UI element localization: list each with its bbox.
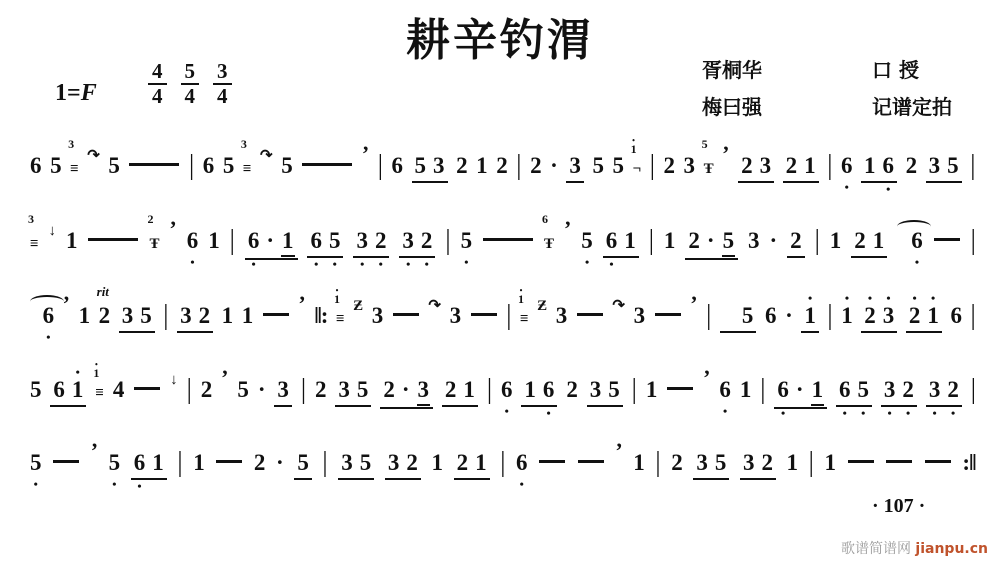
note: 2 [199,303,211,329]
beam-group: 35 [335,377,371,407]
duration-dash [87,230,139,248]
augmentation-dot: · [707,228,715,254]
octave-dot-below: • [845,181,849,193]
note: 2 [663,153,675,179]
note: 3 [696,450,708,476]
time-sig-numerator: 3 [213,60,232,85]
augmentation-dot: · [258,377,266,403]
ornament-number: 3 [68,138,74,150]
duration-dash [577,452,605,470]
beam-group: 5 [722,228,736,257]
note: 6 [203,153,215,179]
note: 2 [315,377,327,403]
ornament-number: 3 [241,138,247,150]
note: 1• [72,377,84,403]
ornament-slide-icon: 5Ŧ [704,153,714,179]
score-line: 561•1≡4↓|2’5·3|2352·321|6•16•235|1’6•1|6… [30,374,976,434]
note: 2 [741,153,753,179]
note: 2 [406,450,418,476]
note: 3 [433,153,445,179]
note: 5 [947,153,959,179]
key-tonic: F [81,80,97,106]
ornament-trill-icon: 3≡ [70,153,79,179]
note: 2 [566,377,578,403]
breath-mark: ’ [298,291,305,317]
beam-group: 1• [801,303,819,333]
note: 6• [310,228,322,254]
ornament-slide-icon: 2Ŧ [149,228,159,254]
octave-dot-below: • [609,258,613,270]
barline: | [809,446,814,479]
octave-dot-below: • [505,405,509,417]
note: 2• [375,228,387,254]
octave-dot-below: • [585,256,589,268]
barline: | [827,299,832,332]
breath-mark: ’ [221,365,228,391]
barline: | [516,149,521,182]
sheet-music-page: 耕辛钓渭 胥桐华 口 授 梅曰强 记谱定拍 1=F 445434 653≡↷5|… [0,0,1000,571]
breath-mark: ’ [722,141,729,167]
ornament-number: 6 [542,213,548,225]
duration-dash [885,452,913,470]
note: 1• [804,303,816,329]
beam-group: 1 [811,377,825,406]
barline: | [650,149,655,182]
repeat-end-sign: :‖ [962,450,975,476]
barline: | [378,149,383,182]
note: 5• [581,228,593,254]
beam-group: 53 [412,153,448,183]
note: 6 [391,153,403,179]
barline: | [230,224,235,257]
note: 2 [254,450,266,476]
note: 3 [929,153,941,179]
octave-dot-below: • [251,258,255,270]
note: 1 [222,303,234,329]
barline: | [506,299,511,332]
watermark-url-link[interactable]: jianpu.cn [915,541,988,557]
octave-dot-below: • [46,331,50,343]
duration-dash [52,452,80,470]
breath-mark: ’ [564,216,571,242]
note: 2• [947,377,959,403]
note: 1 [804,153,816,179]
note: rit2 [99,303,111,329]
beam-group: 35 [587,377,623,407]
barline: | [971,373,976,406]
ornament-trill-icon: 3≡ [30,228,39,254]
note: 3 [743,450,755,476]
time-sig-numerator: 4 [148,60,167,85]
breath-mark: ’ [362,141,369,167]
beam-group: 3•2• [926,377,962,407]
octave-dot-above: • [868,292,872,304]
beam-group: 2·3 [380,377,433,409]
ornament-curl-icon: ↷ [612,290,625,316]
key-signature: 1=F [55,80,97,107]
duration-dash [215,452,243,470]
note: 1 [524,377,536,403]
note: 1 [664,228,676,254]
beam-group: 21 [851,228,887,258]
note: 1 [242,303,254,329]
ornament-number: 3 [28,213,34,225]
ornament-down-arrow-icon: ↓ [49,215,57,241]
octave-dot-below: • [520,478,524,490]
octave-dot-below: • [379,258,383,270]
note: 6• [841,153,853,179]
beam-group: 3 [417,377,431,406]
note: 1 [873,228,885,254]
note: 6 [53,377,65,403]
beam-group: 3•2• [353,228,389,258]
note: 3 [341,450,353,476]
duration-dash [924,452,952,470]
barline: | [815,224,820,257]
beam-group: 6•5• [307,228,343,258]
note: 5• [109,450,121,476]
octave-dot-below: • [843,407,847,419]
note: 5 [592,153,604,179]
beam-group: 21 [442,377,478,407]
note: 2 [761,450,773,476]
ornament-trill-icon: 1≡ [336,303,345,329]
barline: | [632,373,637,406]
note: 6 [30,153,42,179]
ornament-vibrato-icon: Ƶ [353,290,363,316]
octave-dot-below: • [861,407,865,419]
ornament-trill-icon: 3≡ [243,153,252,179]
beam-group: 35 [926,153,962,183]
note: 1 [624,228,636,254]
note: 5• [30,450,42,476]
credit-name-1: 胥桐华 [702,54,762,83]
note: 2 [445,377,457,403]
octave-dot-below: • [112,478,116,490]
ornament-number: 5 [702,138,708,150]
ornament-number: 1 [631,138,637,155]
beam-group: 5 [294,450,312,480]
barline: | [322,446,327,479]
beam-group: 35 [119,303,155,333]
note: 3 [748,228,760,254]
octave-dot-below: • [464,256,468,268]
note: 3• [884,377,896,403]
augmentation-dot: · [796,377,804,403]
beam-group: 6•·1 [245,228,298,260]
octave-dot-below: • [137,480,141,492]
note: 6• [839,377,851,403]
beam-group: 32 [177,303,213,333]
ornament-trill-icon: 1≡ [95,377,104,403]
note: 3• [883,303,895,329]
octave-dot-below: • [888,407,892,419]
note: 2• [909,303,921,329]
duration-dash [482,230,534,248]
note: 6• [248,228,260,254]
note: 5 [30,377,42,403]
note: 5 [281,153,293,179]
note: 6 [950,303,962,329]
note: 2• [421,228,433,254]
note: 3 [569,153,581,179]
note: 2 [530,153,542,179]
note: 2 [383,377,395,403]
ornament-slide-icon: 6Ŧ [544,228,554,254]
watermark-site-name: 歌谱简谱网 [841,541,911,557]
barline: | [163,299,168,332]
barline: | [970,149,975,182]
beam-group: 6•1 [131,450,167,480]
beam-group: 21 [783,153,819,183]
octave-dot-below: • [34,478,38,490]
note: 2 [790,228,802,254]
note: 3• [929,377,941,403]
beam-group: 5 [720,303,757,333]
ornament-trill-icon: 1≡ [520,303,529,329]
note: 5 [715,450,727,476]
note: 1 [812,377,824,403]
barline: | [827,149,832,182]
duration-dash [128,155,180,173]
note: 6• [719,377,731,403]
note: 3 [122,303,134,329]
note: 1 [193,450,205,476]
ornament-number: 1 [518,288,524,305]
beam-group: 21 [454,450,490,480]
octave-dot-above: • [808,292,812,304]
note: 5 [223,153,235,179]
note: 3 [418,377,430,403]
augmentation-dot: · [402,377,410,403]
note: 3 [450,303,462,329]
beam-group: 32 [385,450,421,480]
note: 2 [688,228,700,254]
beam-group: 35 [693,450,729,480]
note: 5 [742,303,754,329]
note: 1 [864,153,876,179]
page-number: · 107 · [872,495,925,518]
beam-group: 35 [338,450,374,480]
ornament-number: 1 [93,362,99,379]
note: 1 [208,228,220,254]
augmentation-dot: · [276,450,284,476]
barline: | [189,149,194,182]
barline: | [760,373,765,406]
octave-dot-below: • [425,258,429,270]
note: 3 [634,303,646,329]
note: 5 [108,153,120,179]
note: 5 [50,153,62,179]
duration-dash [133,379,161,397]
augmentation-dot: · [266,228,274,254]
octave-dot-above: • [886,292,890,304]
beam-group: 3•2• [399,228,435,258]
score-line: 3≡↓12Ŧ’6•1|6•·16•5•3•2•3•2•|5•6Ŧ’5•6•1|1… [30,225,976,285]
barline: | [971,224,976,257]
note: 5• [329,228,341,254]
breath-mark: ’ [169,216,176,242]
note: 3 [338,377,350,403]
octave-dot-above: • [913,292,917,304]
octave-dot-above: • [76,366,80,378]
note: 6• [543,377,555,403]
duration-dash [654,305,682,323]
note: 1 [475,450,487,476]
time-sig-denominator: 4 [181,85,200,107]
duration-dash [666,379,694,397]
note: 1 [431,450,443,476]
note: 2 [906,153,918,179]
note: 2 [496,153,508,179]
augmentation-dot: · [770,228,778,254]
note: 3 [277,377,289,403]
beam-group: 6•5• [836,377,872,407]
score-line: 6•’1rit235|3211’‖:1≡Ƶ3↷3|1≡Ƶ3↷3’|56·1•|1… [30,300,976,360]
note: 6• [516,450,528,476]
breath-mark: ’ [690,291,697,317]
beam-group: 6•·1 [774,377,827,409]
note: 3 [760,153,772,179]
note: 5• [857,377,869,403]
time-signatures: 445434 [148,60,232,107]
note: 1 [633,450,645,476]
octave-dot-above: • [931,292,935,304]
note: 1 [740,377,752,403]
note: 3• [356,228,368,254]
duration-dash [392,305,420,323]
note: 3 [180,303,192,329]
ornament-number: 1 [334,288,340,305]
note: 3 [372,303,384,329]
beam-group: 61• [50,377,86,407]
octave-dot-below: • [906,407,910,419]
credits-block: 胥桐华 口 授 梅曰强 记谱定拍 [702,54,952,120]
note: 2• [864,303,876,329]
time-sig-denominator: 4 [148,85,167,107]
note: 5 [608,377,620,403]
repeat-start-sign: ‖: [314,303,327,329]
barline: | [445,224,450,257]
octave-dot-below: • [406,258,410,270]
barline: | [301,373,306,406]
note: 6• [187,228,199,254]
duration-dash [301,155,353,173]
breath-mark: ’ [703,365,710,391]
credit-role-2: 记谱定拍 [872,91,952,120]
time-sig-denominator: 4 [213,85,232,107]
barline: | [187,373,192,406]
beam-group: 3 [274,377,292,407]
beam-group: 6•1 [603,228,639,258]
note: 5 [723,228,735,254]
note: 2 [456,153,468,179]
beam-group: 2 [787,228,805,258]
beam-group: 2•1• [906,303,942,333]
note: 5• [461,228,473,254]
ornament-number: 2 [147,213,153,225]
barline: | [655,446,660,479]
note: 2 [671,450,683,476]
beam-group: 16• [521,377,557,407]
score-line: 5•’5•6•1|12·5|3532121|6•’1|235321|1:‖ [30,447,976,507]
barline: | [177,446,182,479]
duration-dash [470,305,498,323]
beam-group: 32 [740,450,776,480]
octave-dot-below: • [932,407,936,419]
barline: | [649,224,654,257]
barline: | [487,373,492,406]
time-signature: 44 [148,60,167,107]
duration-dash [262,305,290,323]
augmentation-dot: · [550,153,558,179]
barline: | [706,299,711,332]
note: 6• [777,377,789,403]
note: 1 [476,153,488,179]
barline: | [971,299,976,332]
note: 5 [357,377,369,403]
note: 3 [590,377,602,403]
note: 5 [297,450,309,476]
ornament-vibrato-icon: Ƶ [537,290,547,316]
note: 3 [556,303,568,329]
augmentation-dot: · [785,303,793,329]
beam-group: 23 [738,153,774,183]
duration-dash [576,305,604,323]
note: 2 [854,228,866,254]
credit-name-2: 梅曰强 [702,91,762,120]
beam-group: 16• [861,153,897,183]
note: 5 [140,303,152,329]
note: 1 [463,377,475,403]
tempo-mark: rit [97,285,109,298]
note: 1 [152,450,164,476]
ornament-curl-icon: ↷ [260,140,273,166]
note: 1 [824,450,836,476]
octave-dot-below: • [886,183,890,195]
octave-dot-above: • [845,292,849,304]
duration-dash [538,452,566,470]
octave-dot-below: • [360,258,364,270]
barline: | [500,446,505,479]
note: 3• [402,228,414,254]
ornament-down-arrow-icon: ↓ [170,364,178,390]
note: 6• [134,450,146,476]
note: 2 [786,153,798,179]
note: 6• [911,228,923,254]
octave-dot-below: • [333,258,337,270]
watermark: 歌谱简谱网 jianpu.cn [841,538,988,558]
credit-role-1: 口 授 [872,54,952,83]
note: 6• [883,153,895,179]
duration-dash [933,230,961,248]
ornament-curl-icon: ↷ [428,290,441,316]
breath-mark: ’ [91,438,98,464]
octave-dot-below: • [190,256,194,268]
ornament-slide-icon: 1¬ [633,153,642,179]
note: 1 [79,303,91,329]
note: 1 [787,450,799,476]
note: 4 [113,377,125,403]
beam-group: 2·5 [685,228,738,260]
octave-dot-below: • [951,407,955,419]
note: 1 [282,228,294,254]
note: 1• [927,303,939,329]
note: 5 [360,450,372,476]
note: 6 [765,303,777,329]
note: 3 [388,450,400,476]
time-signature: 54 [181,60,200,107]
